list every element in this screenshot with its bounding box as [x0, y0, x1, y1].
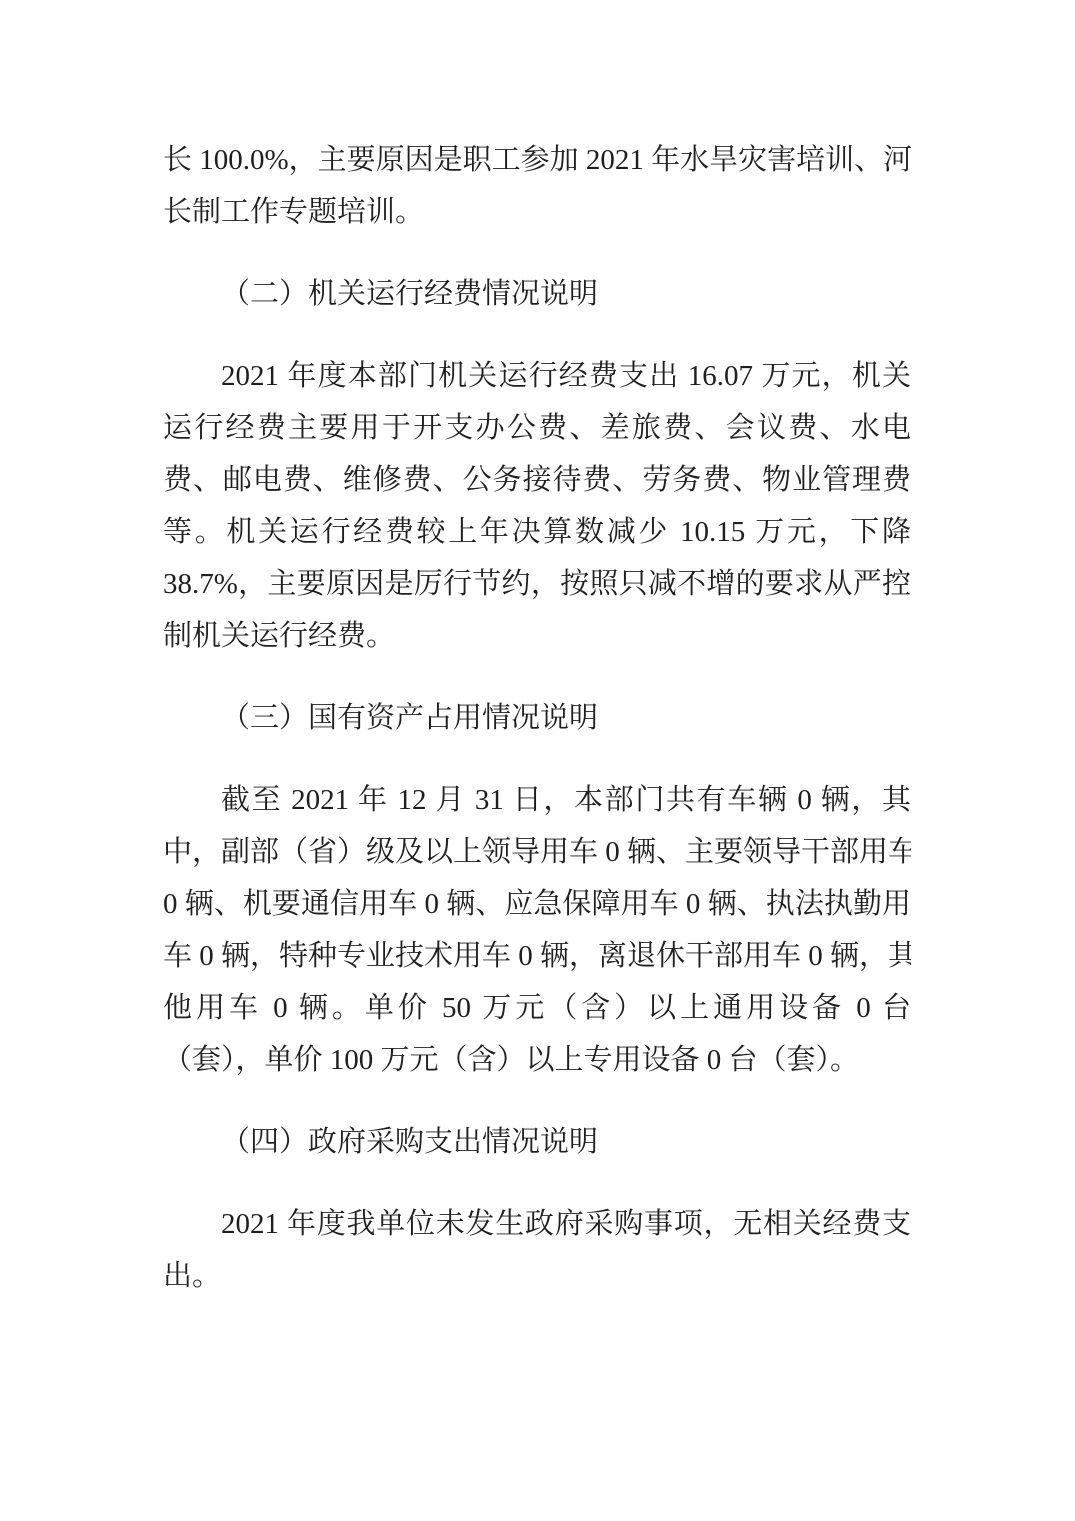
- text-line: 2021 年度我单位未发生政府采购事项，无相关经费支: [163, 1198, 911, 1250]
- paragraph: 2021 年度我单位未发生政府采购事项，无相关经费支出。: [163, 1198, 911, 1302]
- paragraph: 2021 年度本部门机关运行经费支出 16.07 万元，机关运行经费主要用于开支…: [163, 350, 911, 662]
- text-line: 制机关运行经费。: [163, 610, 911, 662]
- text-line: 等。机关运行经费较上年决算数减少 10.15 万元，下降: [163, 506, 911, 558]
- paragraph: 长 100.0%，主要原因是职工参加 2021 年水旱灾害培训、河长制工作专题培…: [163, 134, 911, 238]
- heading-text: （三）国有资产占用情况说明: [163, 692, 911, 744]
- text-line: （套），单价 100 万元（含）以上专用设备 0 台（套）。: [163, 1034, 911, 1086]
- text-line: 38.7%，主要原因是厉行节约，按照只减不增的要求从严控: [163, 558, 911, 610]
- document-content: 长 100.0%，主要原因是职工参加 2021 年水旱灾害培训、河长制工作专题培…: [163, 134, 911, 1302]
- text-line: 长 100.0%，主要原因是职工参加 2021 年水旱灾害培训、河: [163, 134, 911, 186]
- heading-text: （二）机关运行经费情况说明: [163, 268, 911, 320]
- text-line: 费、邮电费、维修费、公务接待费、劳务费、物业管理费: [163, 454, 911, 506]
- text-line: 截至 2021 年 12 月 31 日，本部门共有车辆 0 辆，其: [163, 774, 911, 826]
- document-page: 长 100.0%，主要原因是职工参加 2021 年水旱灾害培训、河长制工作专题培…: [0, 0, 1075, 1521]
- text-line: 0 辆、机要通信用车 0 辆、应急保障用车 0 辆、执法执勤用: [163, 878, 911, 930]
- heading-text: （四）政府采购支出情况说明: [163, 1116, 911, 1168]
- section-heading: （三）国有资产占用情况说明: [163, 692, 911, 744]
- text-line: 车 0 辆，特种专业技术用车 0 辆，离退休干部用车 0 辆，其: [163, 930, 911, 982]
- section-heading: （四）政府采购支出情况说明: [163, 1116, 911, 1168]
- section-heading: （二）机关运行经费情况说明: [163, 268, 911, 320]
- text-line: 他用车 0 辆。单价 50 万元（含）以上通用设备 0 台: [163, 982, 911, 1034]
- text-line: 长制工作专题培训。: [163, 186, 911, 238]
- text-line: 2021 年度本部门机关运行经费支出 16.07 万元，机关: [163, 350, 911, 402]
- text-line: 中，副部（省）级及以上领导用车 0 辆、主要领导干部用车: [163, 826, 911, 878]
- paragraph: 截至 2021 年 12 月 31 日，本部门共有车辆 0 辆，其中，副部（省）…: [163, 774, 911, 1086]
- text-line: 运行经费主要用于开支办公费、差旅费、会议费、水电: [163, 402, 911, 454]
- text-line: 出。: [163, 1250, 911, 1302]
